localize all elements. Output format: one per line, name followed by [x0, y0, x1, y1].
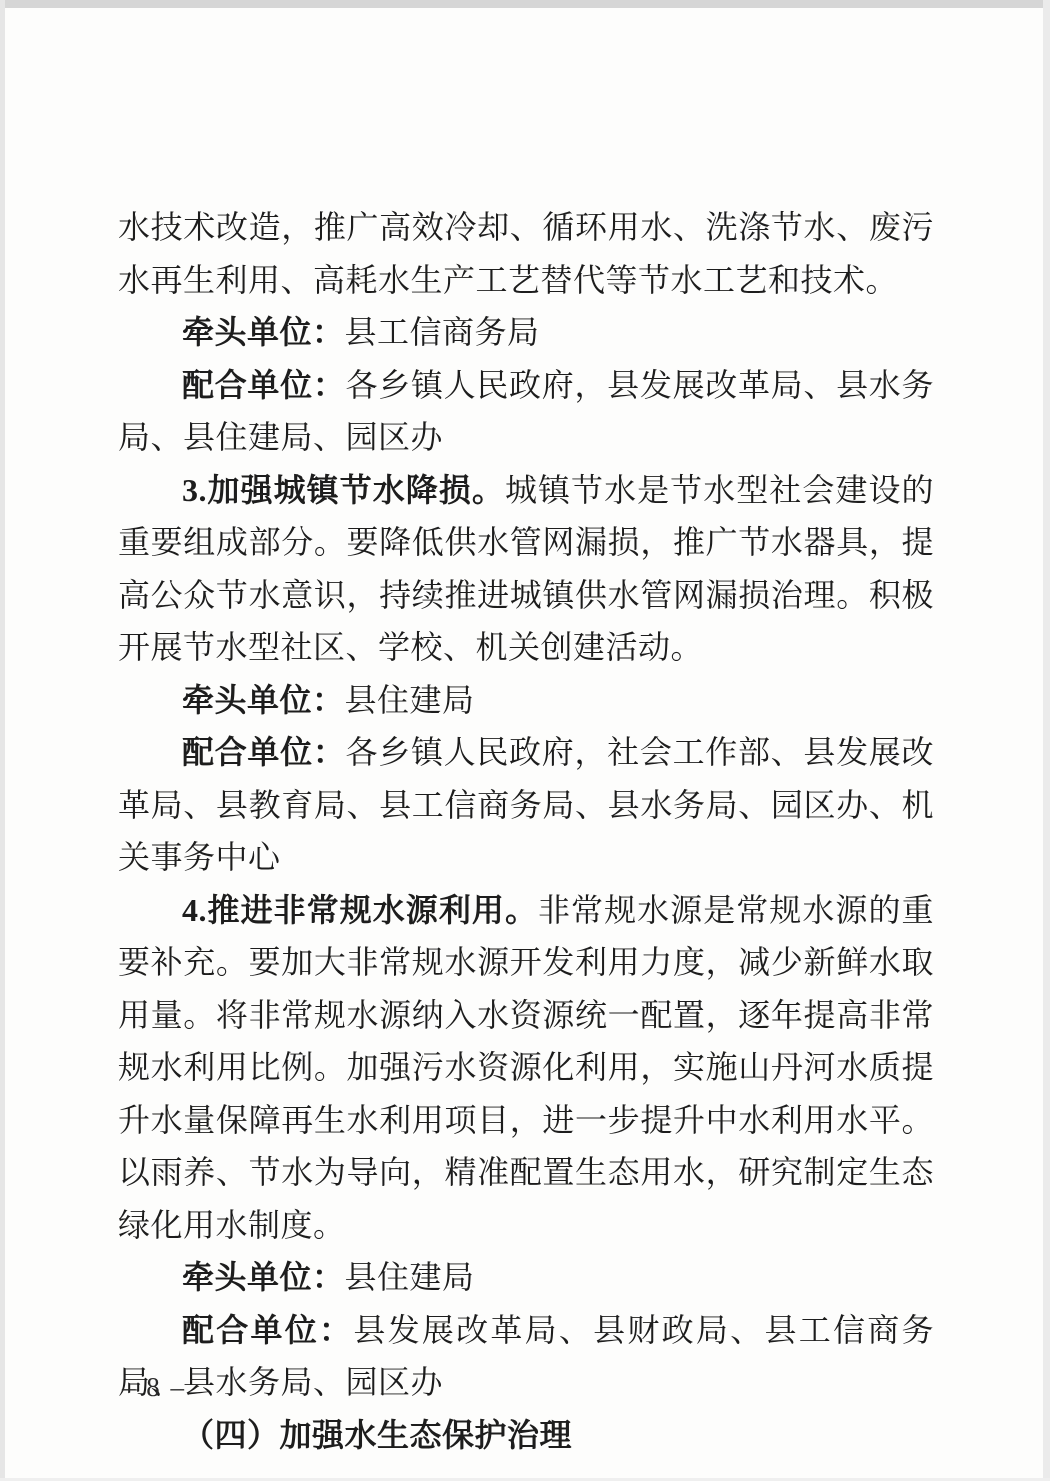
- lead-unit-label: 牵头单位：: [182, 1259, 345, 1295]
- support-unit-line-2: 配合单位：各乡镇人民政府，社会工作部、县发展改革局、县教育局、县工信商务局、县水…: [118, 726, 934, 884]
- support-unit-line-3: 配合单位：县发展改革局、县财政局、县工信商务局、县水务局、园区办: [118, 1304, 934, 1409]
- page-number: – 8 –: [122, 1372, 186, 1403]
- paragraph-section-3: 3.加强城镇节水降损。城镇节水是节水型社会建设的重要组成部分。要降低供水管网漏损…: [118, 464, 934, 674]
- section-4-heading: 4.推进非常规水源利用。: [182, 892, 538, 928]
- subsection-4-heading: （四）加强水生态保护治理: [118, 1409, 934, 1462]
- lead-unit-line-2: 牵头单位：县住建局: [118, 674, 934, 727]
- section-3-heading: 3.加强城镇节水降损。: [182, 472, 505, 508]
- section-4-text: 非常规水源是常规水源的重要补充。要加大非常规水源开发利用力度，减少新鲜水取用量。…: [118, 892, 934, 1243]
- lead-unit-label: 牵头单位：: [182, 682, 345, 718]
- lead-unit-value: 县工信商务局: [345, 314, 540, 350]
- lead-unit-line-1: 牵头单位：县工信商务局: [118, 306, 934, 359]
- support-unit-label: 配合单位：: [182, 734, 346, 770]
- lead-unit-value: 县住建局: [345, 1259, 475, 1295]
- lead-unit-label: 牵头单位：: [182, 314, 345, 350]
- lead-unit-line-3: 牵头单位：县住建局: [118, 1251, 934, 1304]
- document-page: 水技术改造，推广高效冷却、循环用水、洗涤节水、废污水再生利用、高耗水生产工艺替代…: [0, 0, 1050, 1461]
- subsection-4-heading-text: （四）加强水生态保护治理: [182, 1417, 572, 1453]
- support-unit-line-1: 配合单位：各乡镇人民政府，县发展改革局、县水务局、县住建局、园区办: [118, 359, 934, 464]
- support-unit-label: 配合单位：: [182, 1312, 353, 1348]
- paragraph-water-tech: 水技术改造，推广高效冷却、循环用水、洗涤节水、废污水再生利用、高耗水生产工艺替代…: [118, 201, 934, 306]
- paragraph-text: 水技术改造，推广高效冷却、循环用水、洗涤节水、废污水再生利用、高耗水生产工艺替代…: [118, 209, 934, 298]
- support-unit-label: 配合单位：: [182, 367, 346, 403]
- lead-unit-value: 县住建局: [345, 682, 475, 718]
- paragraph-section-4: 4.推进非常规水源利用。非常规水源是常规水源的重要补充。要加大非常规水源开发利用…: [118, 884, 934, 1252]
